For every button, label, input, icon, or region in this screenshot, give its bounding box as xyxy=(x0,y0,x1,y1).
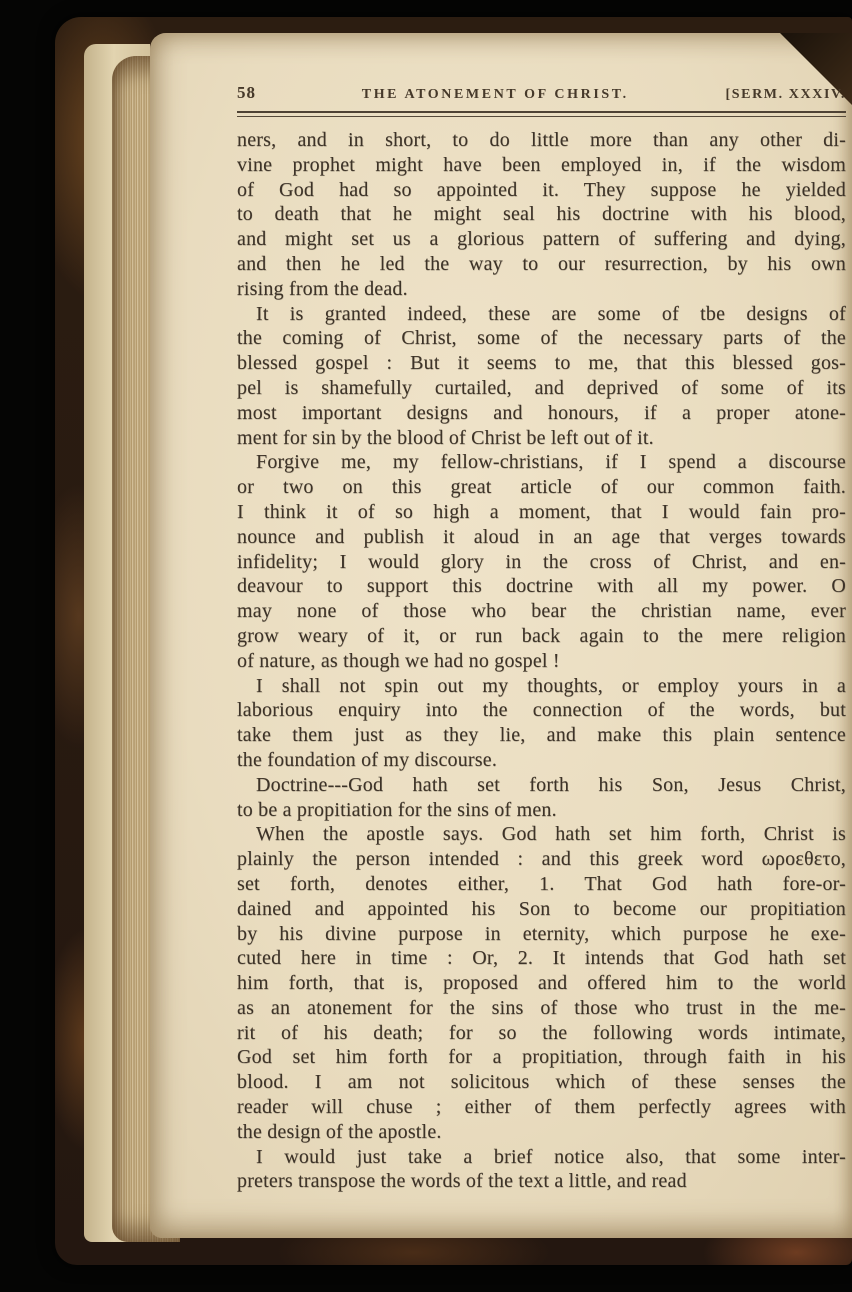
text-line: the design of the apostle. xyxy=(237,1120,846,1145)
text-line: dained and appointed his Son to become o… xyxy=(237,897,846,922)
text-line: I would just take a brief notice also, t… xyxy=(237,1145,846,1170)
text-line: I shall not spin out my thoughts, or emp… xyxy=(237,674,846,699)
text-line: and might set us a glorious pattern of s… xyxy=(237,227,846,252)
page-content: 58 THE ATONEMENT OF CHRIST. [SERM. XXXIV… xyxy=(237,83,846,1194)
text-line: pel is shamefully curtailed, and deprive… xyxy=(237,376,846,401)
text-line: by his divine purpose in eternity, which… xyxy=(237,922,846,947)
text-line: the coming of Christ, some of the necess… xyxy=(237,326,846,351)
text-line: him forth, that is, proposed and offered… xyxy=(237,971,846,996)
text-line: infidelity; I would glory in the cross o… xyxy=(237,550,846,575)
text-line: rising from the dead. xyxy=(237,277,846,302)
page-header: 58 THE ATONEMENT OF CHRIST. [SERM. XXXIV… xyxy=(237,83,846,103)
text-line: as an atonement for the sins of those wh… xyxy=(237,996,846,1021)
text-line: ment for sin by the blood of Christ be l… xyxy=(237,426,846,451)
text-line: preters transpose the words of the text … xyxy=(237,1169,846,1194)
text-line: may none of those who bear the christian… xyxy=(237,599,846,624)
text-line: take them just as they lie, and make thi… xyxy=(237,723,846,748)
text-line: and then he led the way to our resurrect… xyxy=(237,252,846,277)
text-line: deavour to support this doctrine with al… xyxy=(237,574,846,599)
text-line: blood. I am not solicitous which of thes… xyxy=(237,1070,846,1095)
text-line: of nature, as though we had no gospel ! xyxy=(237,649,846,674)
text-line: laborious enquiry into the connection of… xyxy=(237,698,846,723)
text-line: blessed gospel : But it seems to me, tha… xyxy=(237,351,846,376)
text-line: grow weary of it, or run back again to t… xyxy=(237,624,846,649)
text-line: I think it of so high a moment, that I w… xyxy=(237,500,846,525)
text-line: or two on this great article of our comm… xyxy=(237,475,846,500)
text-line: most important designs and honours, if a… xyxy=(237,401,846,426)
text-line: ners, and in short, to do little more th… xyxy=(237,128,846,153)
body-text: ners, and in short, to do little more th… xyxy=(237,128,846,1194)
text-line: When the apostle says. God hath set him … xyxy=(237,822,846,847)
text-line: set forth, denotes either, 1. That God h… xyxy=(237,872,846,897)
text-line: God set him forth for a propitiation, th… xyxy=(237,1045,846,1070)
text-line: plainly the person intended : and this g… xyxy=(237,847,846,872)
text-line: cuted here in time : Or, 2. It intends t… xyxy=(237,946,846,971)
running-title: THE ATONEMENT OF CHRIST. xyxy=(287,87,704,103)
text-line: It is granted indeed, these are some of … xyxy=(237,302,846,327)
header-double-rule xyxy=(237,111,846,117)
text-line: nounce and publish it aloud in an age th… xyxy=(237,525,846,550)
text-line: vine prophet might have been employed in… xyxy=(237,153,846,178)
section-label: [SERM. XXXIV. xyxy=(726,87,847,103)
text-line: Doctrine---God hath set forth his Son, J… xyxy=(237,773,846,798)
text-line: the foundation of my discourse. xyxy=(237,748,846,773)
text-line: Forgive me, my fellow-christians, if I s… xyxy=(237,450,846,475)
text-line: rit of his death; for so the following w… xyxy=(237,1021,846,1046)
text-line: to death that he might seal his doctrine… xyxy=(237,202,846,227)
photo-of-book: 58 THE ATONEMENT OF CHRIST. [SERM. XXXIV… xyxy=(0,0,852,1292)
book-page: 58 THE ATONEMENT OF CHRIST. [SERM. XXXIV… xyxy=(150,33,852,1238)
text-line: reader will chuse ; either of them perfe… xyxy=(237,1095,846,1120)
text-line: of God had so appointed it. They suppose… xyxy=(237,178,846,203)
text-line: to be a propitiation for the sins of men… xyxy=(237,798,846,823)
